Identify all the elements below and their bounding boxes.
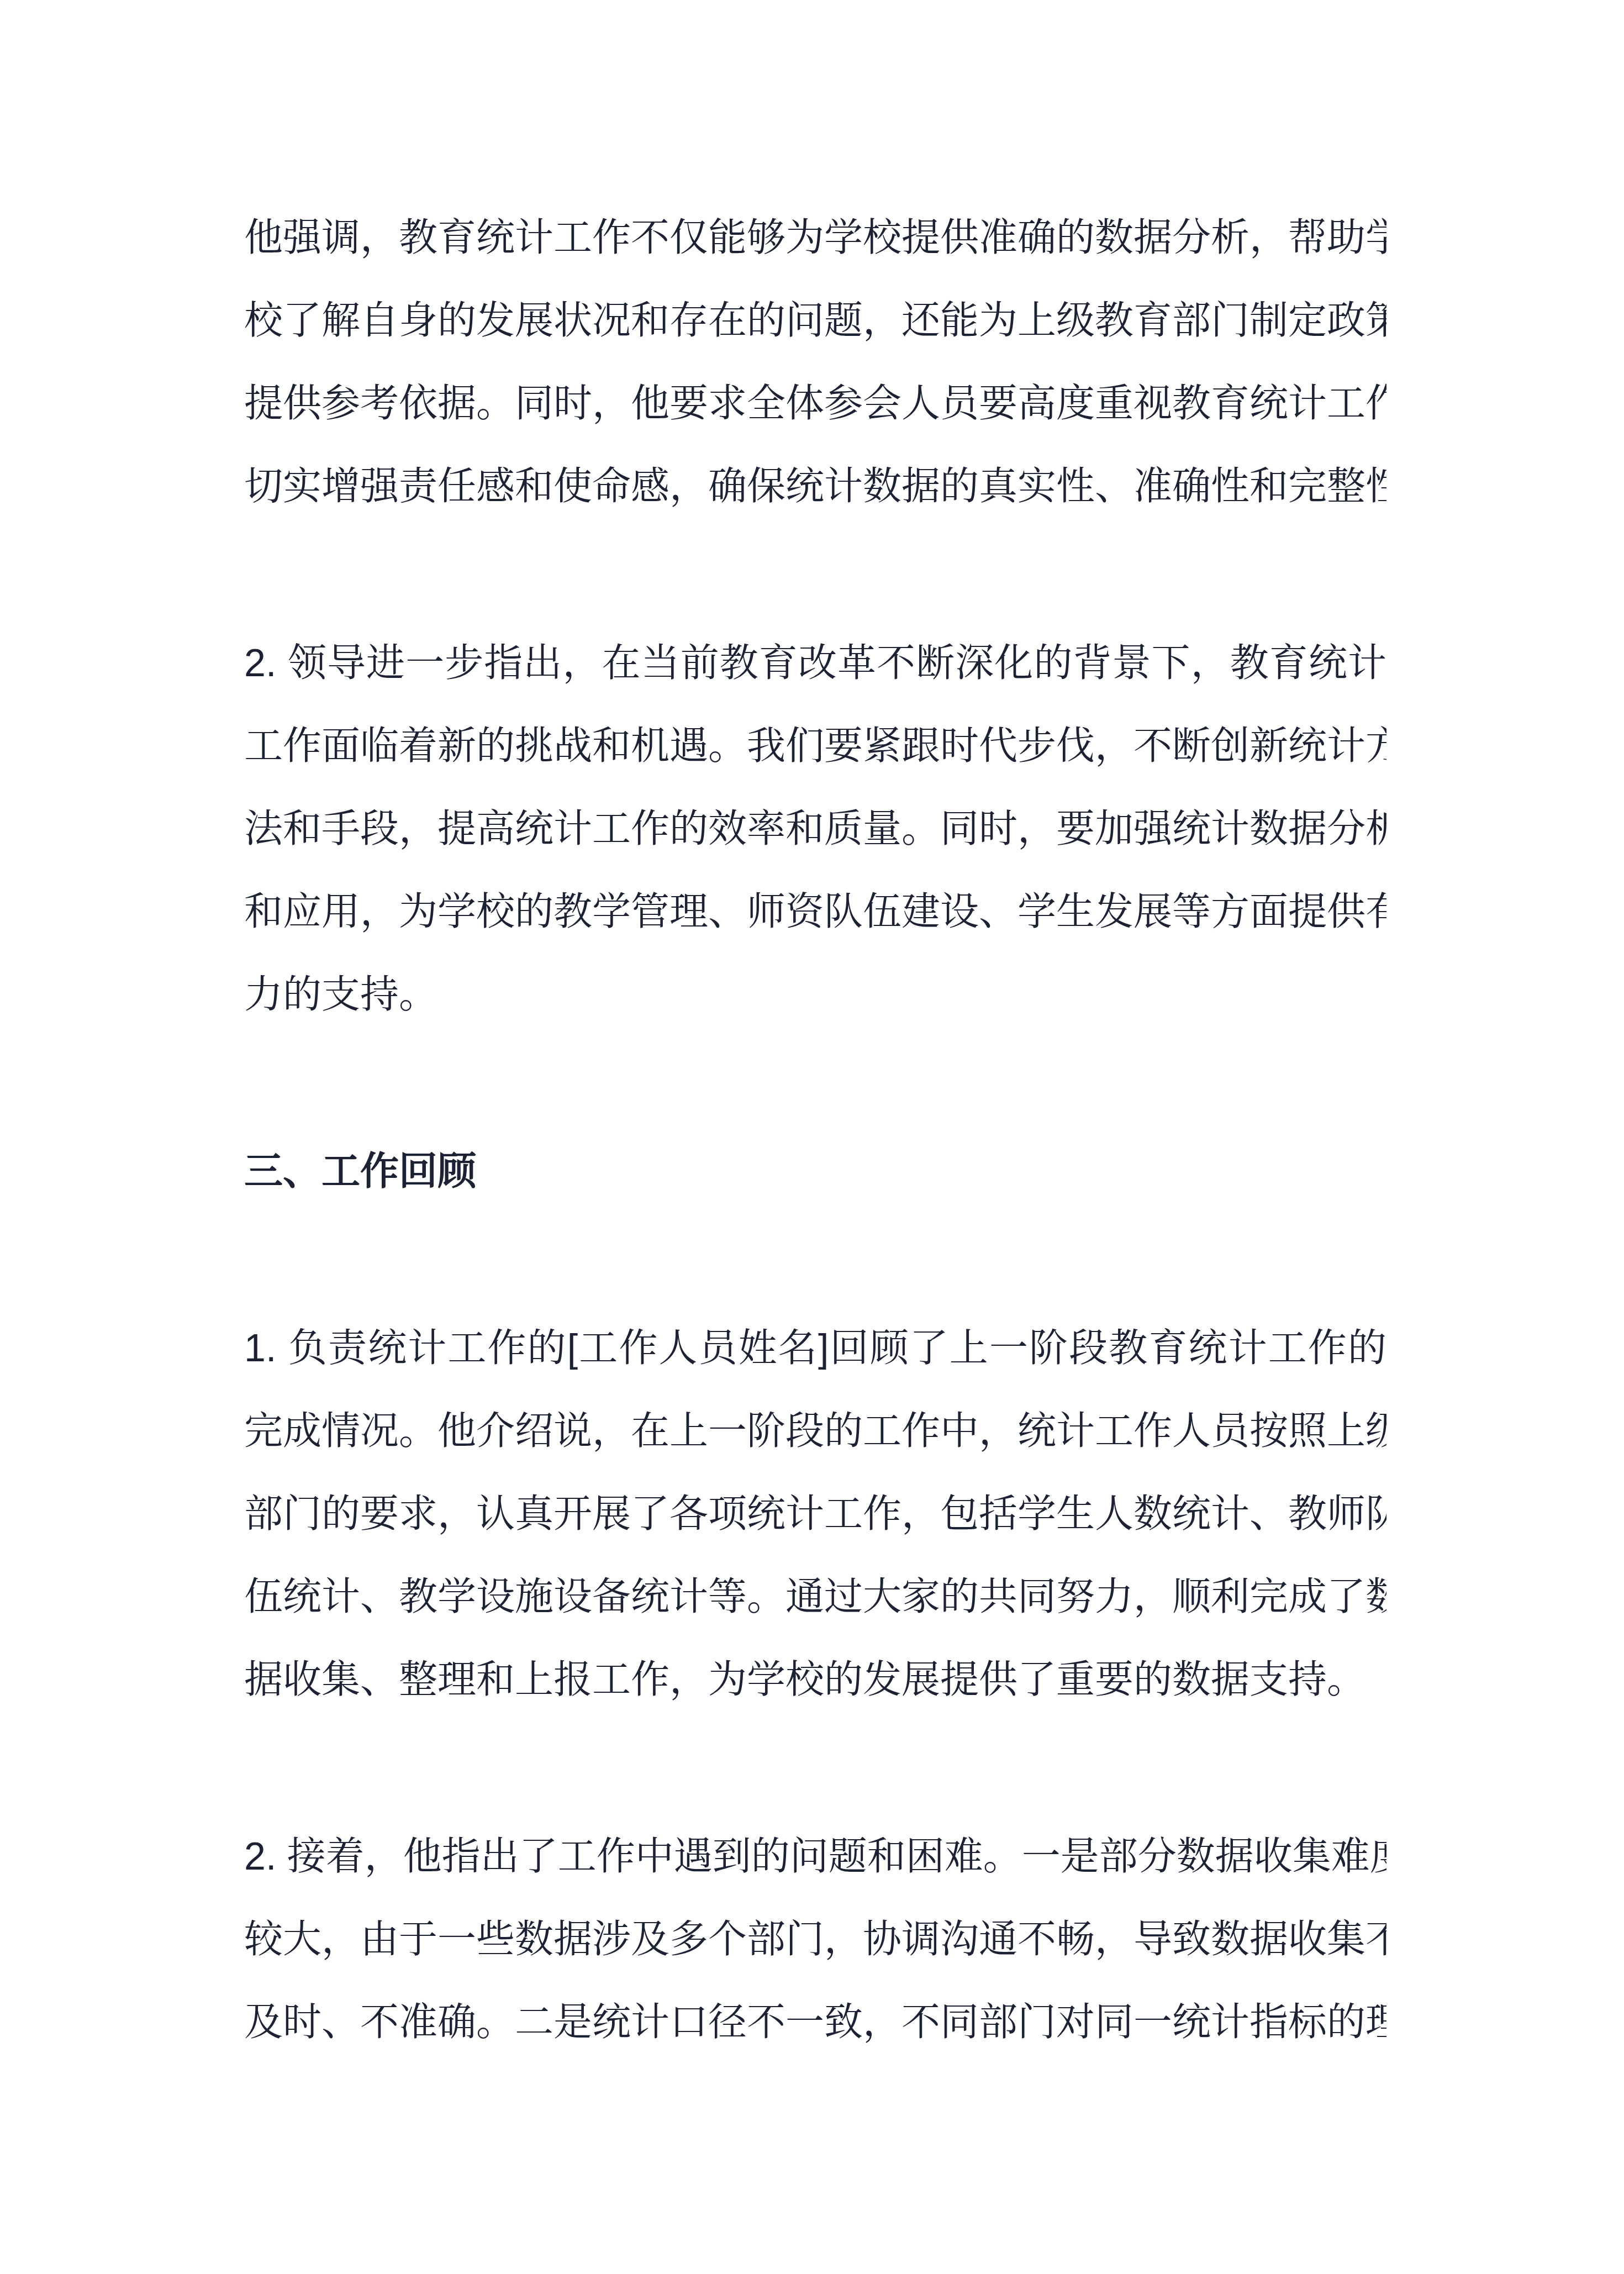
text-line: 他强调，教育统计工作不仅能够为学校提供准确的数据分析，帮助学 (244, 196, 1386, 279)
paragraph: 他强调，教育统计工作不仅能够为学校提供准确的数据分析，帮助学校了解自身的发展状况… (244, 196, 1386, 528)
text-line: 力的支持。 (244, 953, 1386, 1036)
text-line: 2. 接着，他指出了工作中遇到的问题和困难。一是部分数据收集难度 (244, 1815, 1386, 1898)
text-line: 部门的要求，认真开展了各项统计工作，包括学生人数统计、教师队 (244, 1472, 1386, 1555)
text-line: 三、工作回顾 (244, 1130, 1386, 1213)
text-line: 及时、不准确。二是统计口径不一致，不同部门对同一统计指标的理 (244, 1981, 1386, 2064)
text-line: 切实增强责任感和使命感，确保统计数据的真实性、准确性和完整性。 (244, 445, 1386, 528)
text-line: 据收集、整理和上报工作，为学校的发展提供了重要的数据支持。 (244, 1638, 1386, 1721)
paragraph: 2. 领导进一步指出，在当前教育改革不断深化的背景下，教育统计工作面临着新的挑战… (244, 622, 1386, 1036)
paragraph: 2. 接着，他指出了工作中遇到的问题和困难。一是部分数据收集难度较大，由于一些数… (244, 1815, 1386, 2064)
text-line: 伍统计、教学设施设备统计等。通过大家的共同努力，顺利完成了数 (244, 1555, 1386, 1638)
paragraph: 1. 负责统计工作的[工作人员姓名]回顾了上一阶段教育统计工作的完成情况。他介绍… (244, 1307, 1386, 1721)
text-line: 工作面临着新的挑战和机遇。我们要紧跟时代步伐，不断创新统计方 (244, 704, 1386, 787)
text-line: 法和手段，提高统计工作的效率和质量。同时，要加强统计数据分析 (244, 787, 1386, 870)
text-line: 2. 领导进一步指出，在当前教育改革不断深化的背景下，教育统计 (244, 622, 1386, 704)
text-line: 完成情况。他介绍说，在上一阶段的工作中，统计工作人员按照上级 (244, 1389, 1386, 1472)
text-line: 提供参考依据。同时，他要求全体参会人员要高度重视教育统计工作， (244, 362, 1386, 445)
document-content: 他强调，教育统计工作不仅能够为学校提供准确的数据分析，帮助学校了解自身的发展状况… (244, 196, 1386, 2157)
section-heading: 三、工作回顾 (244, 1130, 1386, 1213)
text-line: 和应用，为学校的教学管理、师资队伍建设、学生发展等方面提供有 (244, 870, 1386, 953)
text-line: 校了解自身的发展状况和存在的问题，还能为上级教育部门制定政策 (244, 279, 1386, 362)
text-line: 1. 负责统计工作的[工作人员姓名]回顾了上一阶段教育统计工作的 (244, 1307, 1386, 1389)
text-line: 较大，由于一些数据涉及多个部门，协调沟通不畅，导致数据收集不 (244, 1898, 1386, 1981)
document-page: 他强调，教育统计工作不仅能够为学校提供准确的数据分析，帮助学校了解自身的发展状况… (0, 0, 1624, 2274)
